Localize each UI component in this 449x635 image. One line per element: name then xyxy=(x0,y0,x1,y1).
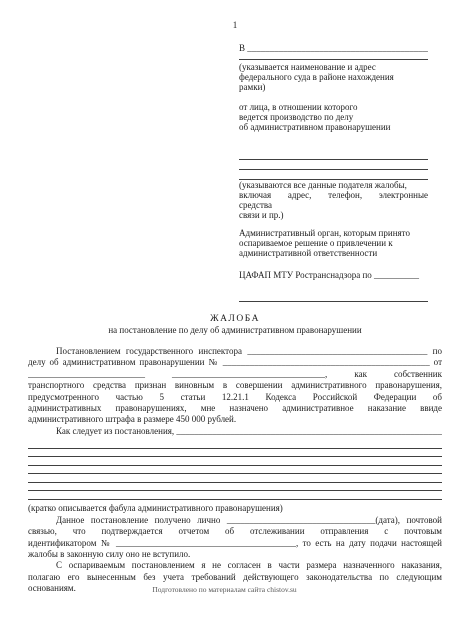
fabula-blank-lines xyxy=(28,440,442,500)
office-line: ЦАФАП МТУ Ространснадзора по __________ xyxy=(239,270,428,280)
caption-line: связи и пр.) xyxy=(239,210,428,220)
blank-ruled-line xyxy=(28,466,442,475)
caption-line: (указывается наименование и адрес xyxy=(239,62,428,72)
paragraph-resolution: Постановлением государственного инспекто… xyxy=(28,346,442,426)
body-line: идентификатором № ______________________… xyxy=(28,538,442,549)
court-caption: (указывается наименование и адресфедерал… xyxy=(239,62,428,92)
blank-ruled-line xyxy=(239,160,428,170)
page-number: 1 xyxy=(28,20,442,31)
court-field-extra-line xyxy=(239,53,428,60)
caption-line: средства xyxy=(239,200,428,210)
body-line: делу об административном правонарушении … xyxy=(28,357,442,368)
body-line: жалобы в законную силу оно не вступило. xyxy=(28,549,442,560)
authority-line: административной ответственности xyxy=(239,248,428,258)
authority-line: Административный орган, которым принято xyxy=(239,228,428,238)
fabula-caption: (кратко описывается фабула административ… xyxy=(28,503,442,513)
blank-ruled-line xyxy=(28,440,442,449)
blank-ruled-line xyxy=(239,53,428,60)
body-line: транспортного средства признан виновным … xyxy=(28,380,442,391)
body-line: Как следует из постановления, __________… xyxy=(28,426,442,437)
paragraph-follows: Как следует из постановления, __________… xyxy=(28,426,442,437)
document-subtitle: на постановление по делу об администрати… xyxy=(28,325,442,336)
person-line: от лица, в отношении которого xyxy=(239,102,428,112)
body-line: связью, что подтверждается отчетом об от… xyxy=(28,526,442,537)
document-title: ЖАЛОБА xyxy=(28,314,442,325)
blank-ruled-line xyxy=(28,457,442,466)
caption-line: включая адрес, телефон, электронные xyxy=(239,190,428,200)
caption-line: (указываются все данные подателя жалобы, xyxy=(239,180,428,190)
blank-ruled-line xyxy=(28,474,442,483)
body-line: __________________________ _____________… xyxy=(28,369,442,380)
blank-ruled-line xyxy=(28,491,442,500)
blank-ruled-line xyxy=(28,449,442,458)
caption-line: рамки) xyxy=(239,82,428,92)
office-field-line: ЦАФАП МТУ Ространснадзора по __________ xyxy=(239,270,428,280)
person-line: ведется производство по делу xyxy=(239,112,428,122)
filer-caption: (указываются все данные подателя жалобы,… xyxy=(239,180,428,220)
authority-description: Административный орган, которым принятоо… xyxy=(239,228,428,258)
addressee-block: В ______________________________________… xyxy=(239,43,428,302)
blank-ruled-line xyxy=(239,292,428,302)
caption-line: федерального суда в районе нахождения xyxy=(239,72,428,82)
body-line: полагаю его вынесенным без учета требова… xyxy=(28,572,442,583)
court-field-line: В ______________________________________… xyxy=(239,43,428,53)
title-block: ЖАЛОБА на постановление по делу об админ… xyxy=(28,314,442,336)
paragraph-received: Данное постановление получено лично ____… xyxy=(28,515,442,561)
blank-ruled-line xyxy=(28,483,442,492)
office-field-extra-line xyxy=(239,292,428,302)
person-line: об административном правонарушении xyxy=(239,122,428,132)
court-field-line: В ______________________________________… xyxy=(239,43,428,53)
person-description: от лица, в отношении котороговедется про… xyxy=(239,102,428,132)
body-line: предусмотренного частью 5 статьи 12.21.1… xyxy=(28,392,442,403)
authority-line: оспариваемое решение о привлечении к xyxy=(239,238,428,248)
body-line: Данное постановление получено лично ____… xyxy=(28,515,442,526)
body-line: С оспариваемым постановлением я не согла… xyxy=(28,560,442,571)
filer-blank-lines xyxy=(239,150,428,180)
blank-ruled-line xyxy=(239,170,428,180)
blank-ruled-line xyxy=(239,150,428,160)
footer-note: Подготовлено по материалам сайта chistov… xyxy=(0,585,449,594)
body-line: административного штрафа в размере 450 0… xyxy=(28,414,442,425)
document-page: 1 В ____________________________________… xyxy=(0,0,449,635)
body-line: Постановлением государственного инспекто… xyxy=(28,346,442,357)
body-line: административных правонарушениях, мне на… xyxy=(28,403,442,414)
